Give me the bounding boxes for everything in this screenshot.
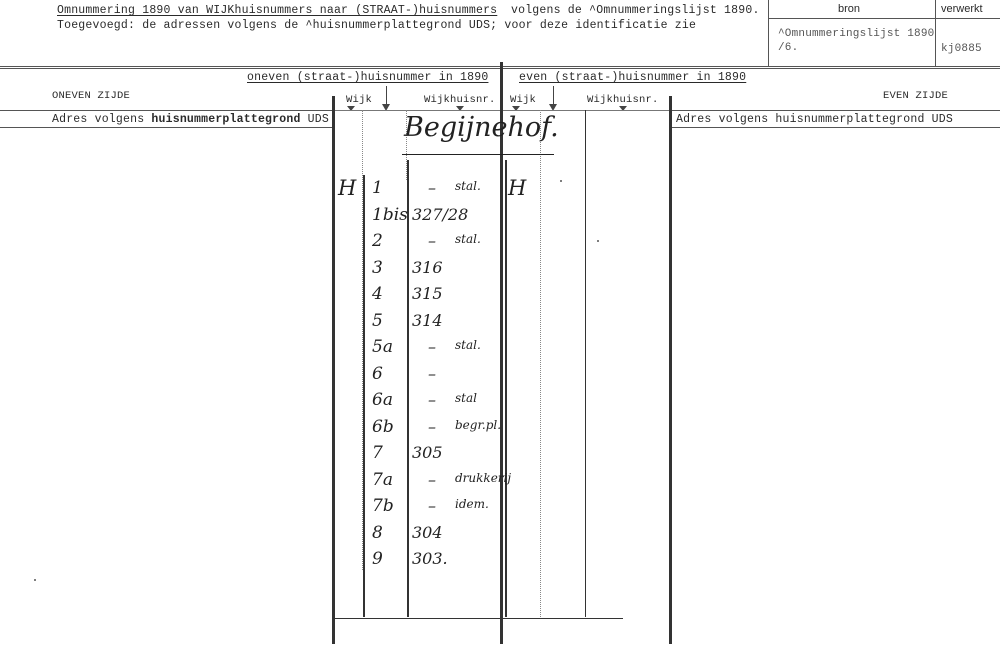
odd-number-divider — [407, 160, 409, 617]
verwerkt-value: kj0885 — [941, 43, 982, 55]
odd-address-label-suffix: UDS — [301, 113, 329, 126]
source-table-divider — [935, 0, 936, 66]
row-number: 9 — [372, 549, 383, 569]
even-address-label-bold: huisnummerplattegrond — [775, 113, 924, 126]
odd-column-border — [332, 96, 335, 644]
center-divider — [500, 62, 503, 644]
odd-wijk-divider — [363, 175, 365, 617]
row-number: 7a — [372, 470, 393, 490]
row-number: 7 — [372, 443, 383, 463]
row-number: 2 — [372, 231, 383, 251]
row-number: 5a — [372, 337, 393, 357]
odd-wijk-letter: H — [338, 176, 356, 200]
row-number: 6 — [372, 364, 383, 384]
row-number: 1 — [372, 178, 383, 198]
scan-speck — [597, 240, 599, 242]
verwerkt-header: verwerkt — [941, 3, 983, 15]
even-address-label-prefix: Adres volgens — [676, 113, 775, 126]
row-note: stal — [455, 391, 477, 405]
scan-speck — [34, 579, 36, 581]
odd-address-label-bold: huisnummerplattegrond — [151, 113, 300, 126]
table-bottom-rule — [333, 618, 623, 619]
document-title: Omnummering 1890 van WIJKhuisnummers naa… — [57, 4, 497, 17]
row-wijkhuisnr: 314 — [412, 311, 443, 330]
row-wijkhuisnr: 305 — [412, 443, 443, 462]
row-wijkhuisnr: – — [428, 364, 436, 383]
odd-side-rule-top — [0, 110, 333, 111]
odd-address-label: Adres volgens huisnummerplattegrond UDS — [52, 113, 329, 126]
even-wijk-guide — [540, 110, 541, 617]
row-wijkhuisnr: – — [428, 337, 436, 356]
bron-header: bron — [838, 3, 860, 15]
bron-value-line1: ^Omnummeringslijst 1890 — [778, 28, 934, 40]
odd-side-rule-bottom — [0, 127, 333, 128]
even-group-arrow-stem — [553, 86, 554, 105]
row-wijkhuisnr: – — [428, 231, 436, 250]
odd-wijkhuisnr-label: Wijkhuisnr. — [424, 94, 496, 106]
odd-side-label: ONEVEN ZIJDE — [52, 90, 130, 102]
document-subtitle: Toegevoegd: de adressen volgens de ^huis… — [57, 19, 696, 32]
even-side-label: EVEN ZIJDE — [883, 90, 948, 102]
row-number: 8 — [372, 523, 383, 543]
row-wijkhuisnr: – — [428, 390, 436, 409]
row-wijkhuisnr: 315 — [412, 284, 443, 303]
row-wijkhuisnr: – — [428, 470, 436, 489]
row-number: 6a — [372, 390, 393, 410]
scan-speck — [560, 180, 562, 182]
row-wijkhuisnr: – — [428, 496, 436, 515]
row-wijkhuisnr: 327/28 — [412, 205, 468, 224]
odd-group-label: oneven (straat-)huisnummer in 1890 — [247, 71, 488, 84]
row-number: 4 — [372, 284, 383, 304]
even-wijk-label: Wijk — [510, 94, 536, 106]
row-wijkhuisnr: – — [428, 178, 436, 197]
even-number-divider — [585, 110, 586, 617]
even-side-rule-bottom — [670, 127, 1000, 128]
row-number: 3 — [372, 258, 383, 278]
row-wijkhuisnr: 316 — [412, 258, 443, 277]
center-divider-hand — [505, 160, 507, 617]
street-name-underline — [402, 154, 554, 155]
odd-wijk-label: Wijk — [346, 94, 372, 106]
even-address-label: Adres volgens huisnummerplattegrond UDS — [676, 113, 953, 126]
source-table-border-left — [768, 0, 769, 66]
street-name: Begijnehof. — [404, 112, 559, 143]
even-side-rule-top — [670, 110, 1000, 111]
odd-group-arrow-stem — [386, 86, 387, 105]
row-note: stal. — [455, 232, 481, 246]
row-note: stal. — [455, 179, 481, 193]
even-wijk-letter: H — [508, 176, 526, 200]
document-title-source: volgens de ^Omnummeringslijst 1890. — [511, 4, 760, 17]
row-note: drukkerij — [455, 471, 511, 485]
even-address-label-suffix: UDS — [925, 113, 953, 126]
row-number: 6b — [372, 417, 394, 437]
even-column-border — [669, 96, 672, 644]
row-note: begr.pl. — [455, 418, 501, 432]
row-note: stal. — [455, 338, 481, 352]
row-number: 7b — [372, 496, 394, 516]
row-note: idem. — [455, 497, 489, 511]
even-group-label: even (straat-)huisnummer in 1890 — [519, 71, 746, 84]
odd-address-label-prefix: Adres volgens — [52, 113, 151, 126]
row-wijkhuisnr: 303. — [412, 549, 448, 568]
row-number: 5 — [372, 311, 383, 331]
row-wijkhuisnr: – — [428, 417, 436, 436]
row-number: 1bis — [372, 205, 408, 225]
bron-value-line2: /6. — [778, 42, 798, 54]
source-table-header-rule — [768, 18, 1000, 19]
row-wijkhuisnr: 304 — [412, 523, 443, 542]
even-wijkhuisnr-label: Wijkhuisnr. — [587, 94, 659, 106]
